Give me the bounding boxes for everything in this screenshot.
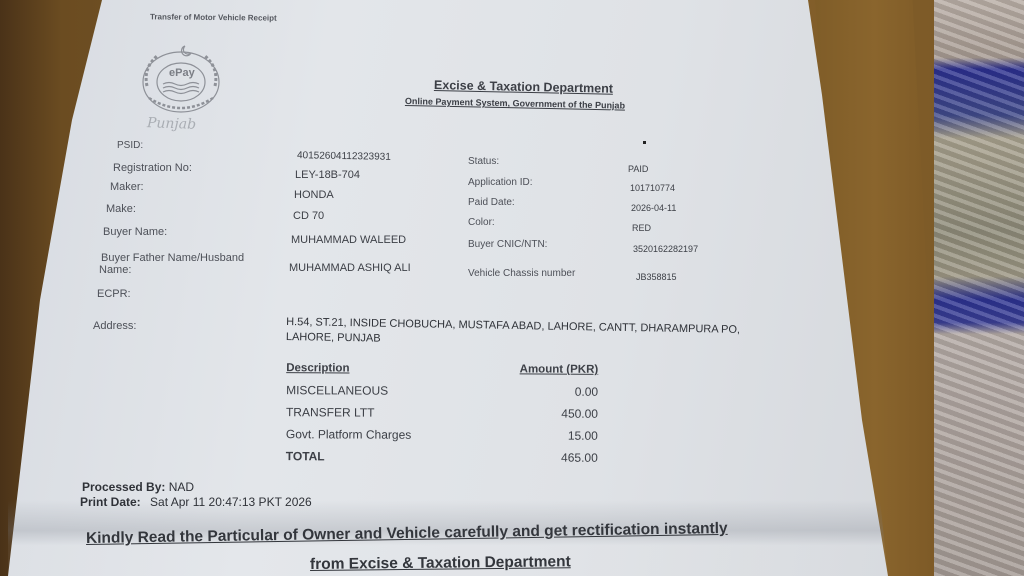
address-value: H.54, ST.21, INSIDE CHOBUCHA, MUSTAFA AB… bbox=[286, 315, 740, 353]
paid-date-value: 2026-04-11 bbox=[631, 203, 676, 213]
fee-amount: 15.00 bbox=[568, 429, 598, 443]
maker-value: HONDA bbox=[294, 189, 334, 201]
psid-value: 40152604112323931 bbox=[297, 150, 391, 163]
fee-total-row: TOTAL 465.00 bbox=[286, 445, 598, 469]
notice-line-2: from Excise & Taxation Department bbox=[310, 553, 571, 574]
print-date: Print Date: Sat Apr 11 20:47:13 PKT 2026 bbox=[80, 495, 312, 509]
fee-row: MISCELLANEOUS 0.00 bbox=[286, 379, 598, 403]
print-date-label: Print Date: bbox=[80, 495, 141, 509]
chassis-label: Vehicle Chassis number bbox=[468, 268, 575, 279]
father-name-label-line2: Name: bbox=[99, 264, 131, 276]
description-header: Description bbox=[286, 362, 349, 374]
amount-header: Amount (PKR) bbox=[520, 363, 599, 375]
color-label: Color: bbox=[468, 217, 495, 228]
signature: Punjab bbox=[147, 115, 197, 133]
total-label: TOTAL bbox=[286, 449, 325, 463]
total-amount: 465.00 bbox=[561, 451, 598, 465]
registration-label: Registration No: bbox=[113, 162, 192, 174]
receipt-document: Transfer of Motor Vehicle Receipt ePay P… bbox=[0, 0, 1024, 576]
buyer-cnic-label: Buyer CNIC/NTN: bbox=[468, 239, 547, 250]
fee-amount: 450.00 bbox=[561, 407, 598, 421]
notice-line-1: Kindly Read the Particular of Owner and … bbox=[86, 520, 728, 548]
registration-value: LEY-18B-704 bbox=[295, 169, 360, 181]
fee-row: TRANSFER LTT 450.00 bbox=[286, 401, 598, 425]
buyer-name-label: Buyer Name: bbox=[103, 226, 167, 238]
receipt-title: Transfer of Motor Vehicle Receipt bbox=[150, 12, 277, 22]
fee-description: MISCELLANEOUS bbox=[286, 383, 388, 398]
address-label: Address: bbox=[93, 320, 136, 332]
fee-description: Govt. Platform Charges bbox=[286, 427, 411, 442]
print-date-value: Sat Apr 11 20:47:13 PKT 2026 bbox=[150, 495, 312, 509]
buyer-name-value: MUHAMMAD WALEED bbox=[291, 234, 406, 246]
fee-table-header: Description Amount (PKR) bbox=[286, 357, 598, 381]
make-value: CD 70 bbox=[293, 210, 324, 222]
fee-table: Description Amount (PKR) MISCELLANEOUS 0… bbox=[286, 357, 599, 469]
ecpr-label: ECPR: bbox=[97, 288, 131, 300]
department-subtitle: Online Payment System, Government of the… bbox=[405, 96, 625, 111]
status-value: PAID bbox=[628, 164, 648, 174]
fee-description: TRANSFER LTT bbox=[286, 405, 375, 419]
ink-dot bbox=[643, 141, 646, 144]
chassis-value: JB358815 bbox=[636, 272, 677, 282]
processed-by: Processed By: NAD bbox=[82, 480, 194, 494]
father-name-label-line1: Buyer Father Name/Husband bbox=[101, 252, 244, 264]
fee-amount: 0.00 bbox=[575, 385, 598, 399]
buyer-cnic-value: 3520162282197 bbox=[633, 244, 698, 254]
fee-row: Govt. Platform Charges 15.00 bbox=[286, 423, 598, 447]
paid-date-label: Paid Date: bbox=[468, 197, 515, 208]
svg-text:ePay: ePay bbox=[169, 67, 196, 79]
status-label: Status: bbox=[468, 156, 499, 167]
application-id-label: Application ID: bbox=[468, 177, 532, 188]
make-label: Make: bbox=[106, 203, 136, 215]
father-name-value: MUHAMMAD ASHIQ ALI bbox=[289, 262, 411, 274]
psid-label: PSID: bbox=[117, 140, 143, 151]
processed-by-label: Processed By: bbox=[82, 480, 165, 494]
application-id-value: 101710774 bbox=[630, 183, 675, 193]
department-title: Excise & Taxation Department bbox=[434, 78, 613, 96]
punjab-seal-icon: ePay bbox=[133, 42, 233, 116]
processed-by-value: NAD bbox=[169, 480, 194, 494]
color-value: RED bbox=[632, 223, 651, 233]
maker-label: Maker: bbox=[110, 181, 144, 193]
